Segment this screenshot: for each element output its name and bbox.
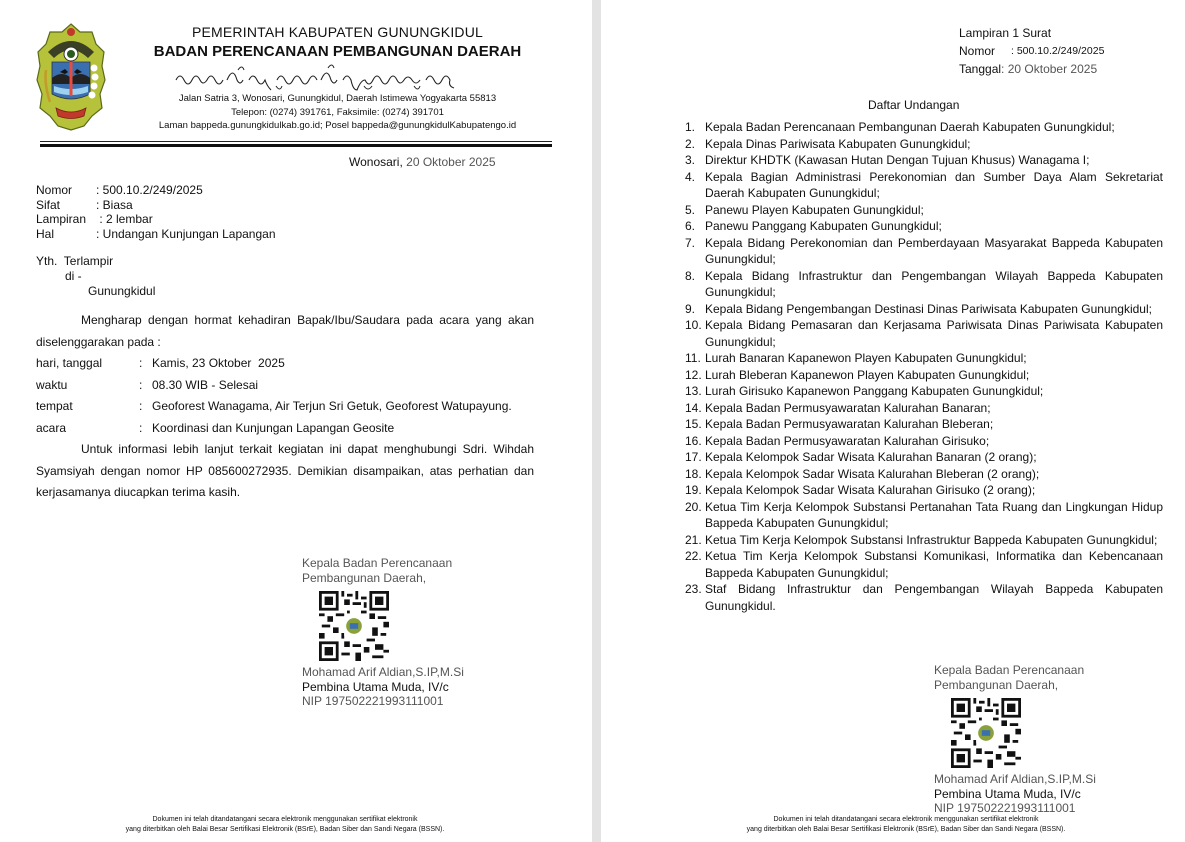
invite-list-item: 10.Kepala Bidang Pemasaran dan Kerjasama… bbox=[685, 317, 1163, 350]
invite-list-item: 22.Ketua Tim Kerja Kelompok Substansi Ko… bbox=[685, 548, 1163, 581]
invite-item-number: 6. bbox=[685, 218, 705, 235]
invite-list-item: 12.Lurah Bleberan Kapanewon Playen Kabup… bbox=[685, 367, 1163, 384]
detail-row: hari, tanggal: Kamis, 23 Oktober 2025 bbox=[36, 353, 534, 375]
invite-item-number: 21. bbox=[685, 532, 705, 549]
invite-list-item: 2.Kepala Dinas Pariwisata Kabupaten Gunu… bbox=[685, 136, 1163, 153]
invite-list-item: 5.Panewu Playen Kabupaten Gunungkidul; bbox=[685, 202, 1163, 219]
attachment-page: Lampiran 1 Surat Nomor : 500.10.2/249/20… bbox=[601, 0, 1185, 842]
invite-list-item: 23.Staf Bidang Infrastruktur dan Pengemb… bbox=[685, 581, 1163, 614]
event-details: hari, tanggal: Kamis, 23 Oktober 2025 wa… bbox=[36, 353, 534, 439]
meta-row-nomor: Nomor : 500.10.2/249/2025 bbox=[36, 183, 276, 198]
signer-nip: NIP 197502221993111001 bbox=[934, 801, 1096, 816]
invite-list-item: 15.Kepala Badan Permusyawaratan Kaluraha… bbox=[685, 416, 1163, 433]
invite-list-item: 4.Kepala Bagian Administrasi Perekonomia… bbox=[685, 169, 1163, 202]
signer-position-2: Pembangunan Daerah, bbox=[302, 571, 464, 586]
invite-item-number: 17. bbox=[685, 449, 705, 466]
invite-item-text: Kepala Kelompok Sadar Wisata Kalurahan B… bbox=[705, 466, 1163, 483]
e-signature-notice: Dokumen ini telah ditandatangani secara … bbox=[60, 815, 510, 835]
letterhead-rule-thick bbox=[40, 144, 552, 147]
invite-item-number: 2. bbox=[685, 136, 705, 153]
invite-item-text: Kepala Bidang Infrastruktur dan Pengemba… bbox=[705, 268, 1163, 301]
invite-item-text: Kepala Badan Permusyawaratan Kalurahan G… bbox=[705, 433, 1163, 450]
attachment-title: Lampiran 1 Surat bbox=[959, 24, 1104, 42]
detail-row: acara: Koordinasi dan Kunjungan Lapangan… bbox=[36, 418, 534, 440]
invite-list-item: 17.Kepala Kelompok Sadar Wisata Kaluraha… bbox=[685, 449, 1163, 466]
addressee-to: Yth. Terlampir bbox=[36, 254, 155, 269]
agency-address: Jalan Satria 3, Wonosari, Gunungkidul, D… bbox=[140, 92, 535, 106]
invite-item-number: 8. bbox=[685, 268, 705, 301]
signature-block: Kepala Badan Perencanaan Pembangunan Dae… bbox=[934, 663, 1096, 816]
invite-item-text: Kepala Badan Permusyawaratan Kalurahan B… bbox=[705, 416, 1163, 433]
invite-item-text: Kepala Bidang Pengembangan Destinasi Din… bbox=[705, 301, 1163, 318]
detail-row: waktu: 08.30 WIB - Selesai bbox=[36, 375, 534, 397]
invite-list-item: 21.Ketua Tim Kerja Kelompok Substansi In… bbox=[685, 532, 1163, 549]
invite-list-item: 6.Panewu Panggang Kabupaten Gunungkidul; bbox=[685, 218, 1163, 235]
invite-item-number: 11. bbox=[685, 350, 705, 367]
invite-list-item: 7.Kepala Bidang Perekonomian dan Pemberd… bbox=[685, 235, 1163, 268]
letter-date-value: 20 Oktober 2025 bbox=[406, 155, 495, 169]
meta-row-hal: Hal : Undangan Kunjungan Lapangan bbox=[36, 227, 276, 242]
invite-item-text: Kepala Bidang Perekonomian dan Pemberday… bbox=[705, 235, 1163, 268]
opening-paragraph: Mengharap dengan hormat kehadiran Bapak/… bbox=[36, 310, 534, 353]
addressee: Yth. Terlampir di - Gunungkidul bbox=[36, 254, 155, 299]
letter-meta: Nomor : 500.10.2/249/2025 Sifat : Biasa … bbox=[36, 183, 276, 241]
agency-website: Laman bappeda.gunungkidulkab.go.id; Pose… bbox=[140, 119, 535, 133]
invite-list-item: 14.Kepala Badan Permusyawaratan Kaluraha… bbox=[685, 400, 1163, 417]
letterhead-rule-thin bbox=[40, 141, 552, 142]
letter-place: Wonosari, bbox=[349, 155, 403, 169]
addressee-di: di - bbox=[36, 269, 155, 284]
agency-phone: Telepon: (0274) 391761, Faksimile: (0274… bbox=[140, 106, 535, 120]
invite-item-text: Panewu Playen Kabupaten Gunungkidul; bbox=[705, 202, 1163, 219]
invite-item-number: 23. bbox=[685, 581, 705, 614]
addressee-city: Gunungkidul bbox=[36, 284, 155, 299]
invite-item-number: 7. bbox=[685, 235, 705, 268]
invite-item-number: 5. bbox=[685, 202, 705, 219]
invite-item-text: Lurah Banaran Kapanewon Playen Kabupaten… bbox=[705, 350, 1163, 367]
closing-paragraph: Untuk informasi lebih lanjut terkait keg… bbox=[36, 439, 534, 504]
invite-item-text: Lurah Bleberan Kapanewon Playen Kabupate… bbox=[705, 367, 1163, 384]
signer-rank: Pembina Utama Muda, IV/c bbox=[934, 787, 1096, 802]
attachment-header: Lampiran 1 Surat Nomor : 500.10.2/249/20… bbox=[959, 24, 1104, 78]
page-divider bbox=[592, 0, 601, 842]
invite-item-number: 3. bbox=[685, 152, 705, 169]
signer-position: Kepala Badan Perencanaan bbox=[934, 663, 1096, 678]
invite-list-item: 9.Kepala Bidang Pengembangan Destinasi D… bbox=[685, 301, 1163, 318]
meta-row-lampiran: Lampiran : 2 lembar bbox=[36, 212, 276, 227]
invite-item-number: 10. bbox=[685, 317, 705, 350]
attachment-tanggal: Tanggal: 20 Oktober 2025 bbox=[959, 60, 1104, 78]
invite-item-text: Panewu Panggang Kabupaten Gunungkidul; bbox=[705, 218, 1163, 235]
invite-list-item: 18.Kepala Kelompok Sadar Wisata Kaluraha… bbox=[685, 466, 1163, 483]
signer-name: Mohamad Arif Aldian,S.IP,M.Si bbox=[934, 772, 1096, 787]
invite-item-number: 12. bbox=[685, 367, 705, 384]
invite-list-title: Daftar Undangan bbox=[868, 98, 959, 112]
invite-item-text: Direktur KHDTK (Kawasan Hutan Dengan Tuj… bbox=[705, 152, 1163, 169]
government-name: PEMERINTAH KABUPATEN GUNUNGKIDUL bbox=[140, 24, 535, 40]
invite-item-number: 18. bbox=[685, 466, 705, 483]
signer-position: Kepala Badan Perencanaan bbox=[302, 556, 464, 571]
invite-item-text: Kepala Dinas Pariwisata Kabupaten Gunung… bbox=[705, 136, 1163, 153]
invite-list-item: 8.Kepala Bidang Infrastruktur dan Pengem… bbox=[685, 268, 1163, 301]
signer-nip: NIP 197502221993111001 bbox=[302, 694, 464, 709]
invite-item-text: Staf Bidang Infrastruktur dan Pengembang… bbox=[705, 581, 1163, 614]
invite-item-number: 1. bbox=[685, 119, 705, 136]
javanese-script-icon bbox=[168, 64, 508, 92]
signer-name: Mohamad Arif Aldian,S.IP,M.Si bbox=[302, 665, 464, 680]
invite-list-item: 13.Lurah Girisuko Kapanewon Panggang Kab… bbox=[685, 383, 1163, 400]
invite-item-text: Kepala Bidang Pemasaran dan Kerjasama Pa… bbox=[705, 317, 1163, 350]
invite-item-number: 15. bbox=[685, 416, 705, 433]
invite-item-number: 13. bbox=[685, 383, 705, 400]
e-signature-notice: Dokumen ini telah ditandatangani secara … bbox=[701, 815, 1111, 835]
signature-block: Kepala Badan Perencanaan Pembangunan Dae… bbox=[302, 556, 464, 709]
invite-item-text: Kepala Kelompok Sadar Wisata Kalurahan G… bbox=[705, 482, 1163, 499]
attachment-nomor: Nomor : 500.10.2/249/2025 bbox=[959, 42, 1104, 60]
invite-item-number: 9. bbox=[685, 301, 705, 318]
invite-list-item: 20.Ketua Tim Kerja Kelompok Substansi Pe… bbox=[685, 499, 1163, 532]
invite-item-number: 20. bbox=[685, 499, 705, 532]
detail-row: tempat: Geoforest Wanagama, Air Terjun S… bbox=[36, 396, 534, 418]
invite-item-text: Lurah Girisuko Kapanewon Panggang Kabupa… bbox=[705, 383, 1163, 400]
agency-name: BADAN PERENCANAAN PEMBANGUNAN DAERAH bbox=[140, 42, 535, 62]
letter-page: PEMERINTAH KABUPATEN GUNUNGKIDUL BADAN P… bbox=[0, 0, 592, 842]
invite-item-number: 4. bbox=[685, 169, 705, 202]
invite-item-text: Kepala Bagian Administrasi Perekonomian … bbox=[705, 169, 1163, 202]
invite-item-text: Kepala Badan Permusyawaratan Kalurahan B… bbox=[705, 400, 1163, 417]
regency-emblem-icon bbox=[36, 22, 106, 132]
invite-list-item: 11.Lurah Banaran Kapanewon Playen Kabupa… bbox=[685, 350, 1163, 367]
invite-item-text: Kepala Kelompok Sadar Wisata Kalurahan B… bbox=[705, 449, 1163, 466]
invite-item-number: 22. bbox=[685, 548, 705, 581]
letter-date: Wonosari, 20 Oktober 2025 bbox=[349, 155, 496, 169]
invite-list-item: 1.Kepala Badan Perencanaan Pembangunan D… bbox=[685, 119, 1163, 136]
invite-item-number: 19. bbox=[685, 482, 705, 499]
qr-code-icon bbox=[319, 591, 389, 661]
invite-item-text: Ketua Tim Kerja Kelompok Substansi Infra… bbox=[705, 532, 1163, 549]
invite-item-text: Kepala Badan Perencanaan Pembangunan Dae… bbox=[705, 119, 1163, 136]
invite-list: 1.Kepala Badan Perencanaan Pembangunan D… bbox=[685, 119, 1163, 614]
invite-list-item: 16.Kepala Badan Permusyawaratan Kaluraha… bbox=[685, 433, 1163, 450]
meta-row-sifat: Sifat : Biasa bbox=[36, 198, 276, 213]
qr-code-icon bbox=[951, 698, 1021, 768]
letter-body: Mengharap dengan hormat kehadiran Bapak/… bbox=[36, 310, 534, 504]
signer-rank: Pembina Utama Muda, IV/c bbox=[302, 680, 464, 695]
invite-list-item: 3.Direktur KHDTK (Kawasan Hutan Dengan T… bbox=[685, 152, 1163, 169]
invite-item-text: Ketua Tim Kerja Kelompok Substansi Perta… bbox=[705, 499, 1163, 532]
invite-item-text: Ketua Tim Kerja Kelompok Substansi Komun… bbox=[705, 548, 1163, 581]
signer-position-2: Pembangunan Daerah, bbox=[934, 678, 1096, 693]
invite-item-number: 14. bbox=[685, 400, 705, 417]
invite-item-number: 16. bbox=[685, 433, 705, 450]
invite-list-item: 19.Kepala Kelompok Sadar Wisata Kaluraha… bbox=[685, 482, 1163, 499]
letterhead: PEMERINTAH KABUPATEN GUNUNGKIDUL BADAN P… bbox=[140, 24, 535, 133]
